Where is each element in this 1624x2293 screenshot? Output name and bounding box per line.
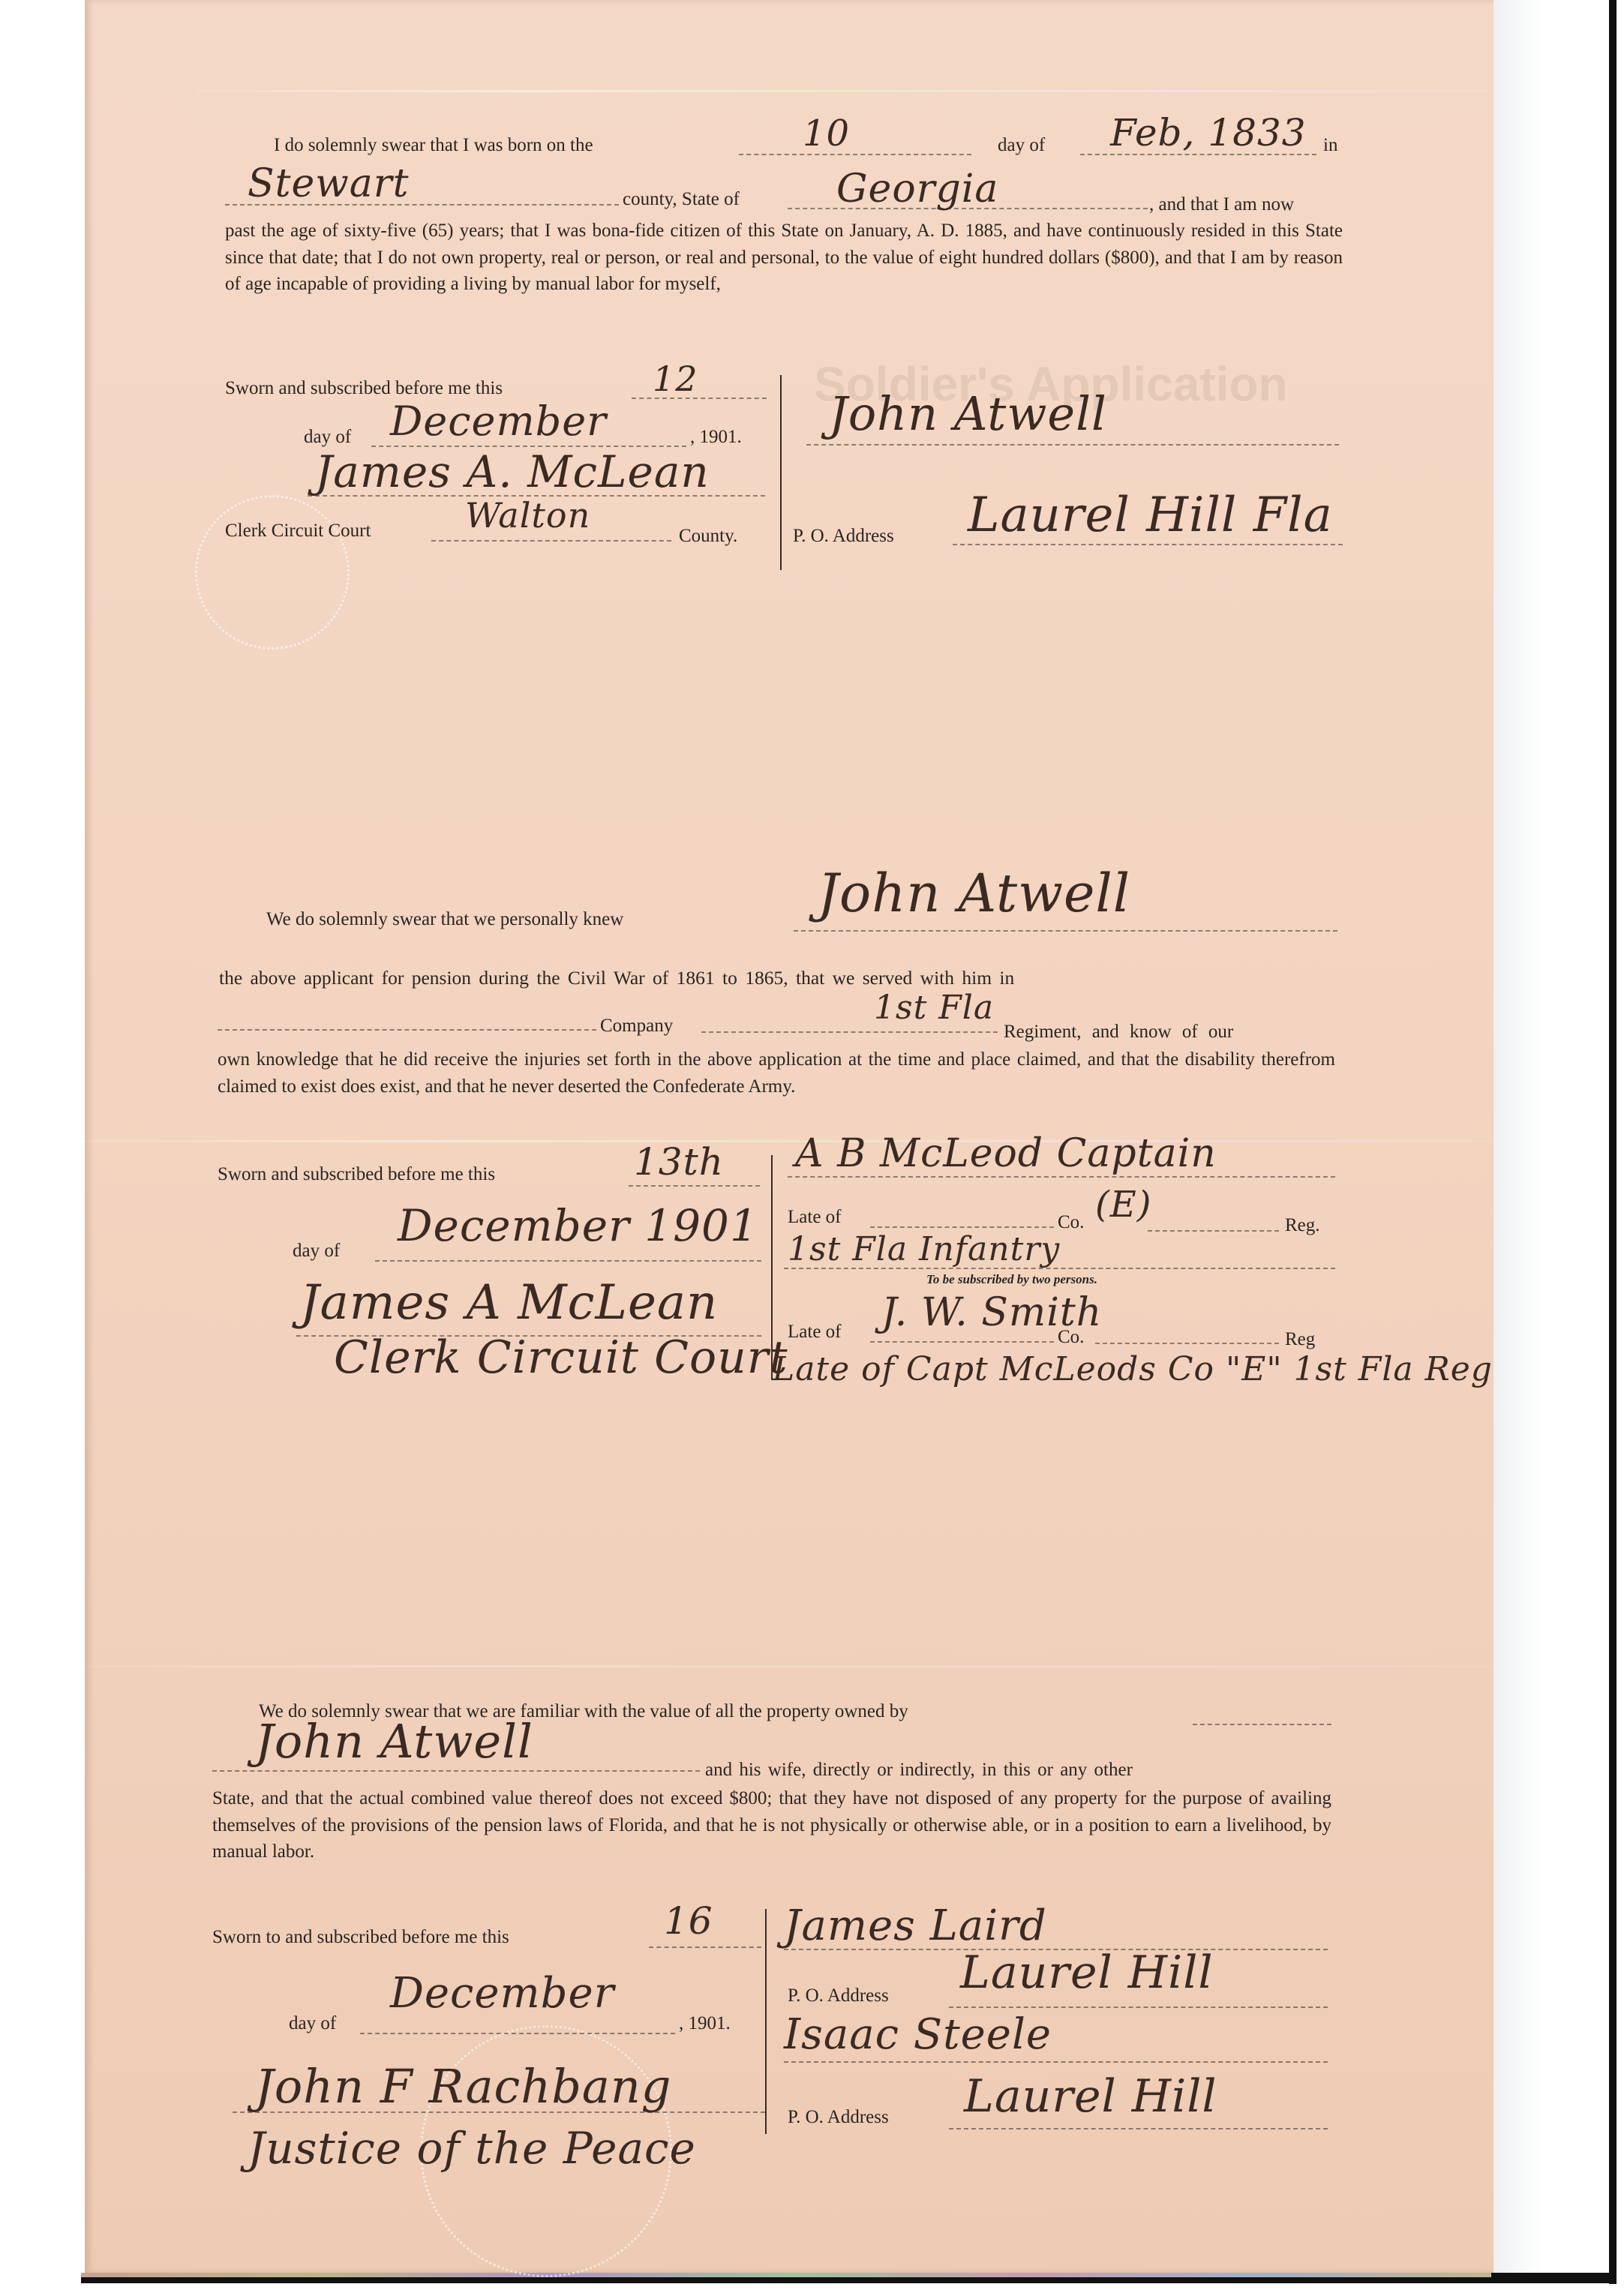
property-body-text: State, and that the actual combined valu…	[212, 1785, 1331, 1865]
reg-label-2: Reg	[1285, 1326, 1315, 1353]
justice-title: Justice of the Peace	[248, 2123, 696, 2174]
company-field-line	[218, 1029, 596, 1031]
oath-body-text: past the age of sixty-five (65) years; t…	[225, 218, 1343, 298]
po-address-field: Laurel Hill Fla	[968, 488, 1333, 543]
county-line	[431, 540, 671, 542]
witness2-late-of-field: Late of Capt McLeods Co "E" 1st Fla Reg	[773, 1350, 1493, 1388]
po-address-label: P. O. Address	[793, 523, 894, 550]
county-label: County.	[679, 523, 737, 550]
regiment-field-line	[701, 1031, 998, 1033]
co-label: Co.	[1058, 1209, 1084, 1236]
birth-state-field: Georgia	[836, 167, 998, 212]
birth-day-field-line	[739, 154, 971, 155]
sworn-label: Sworn to and subscribed before me this	[212, 1924, 509, 1951]
sworn-day-line	[649, 1946, 761, 1948]
birth-county-field: Stewart	[248, 161, 410, 206]
day-of-label: day of	[293, 1238, 340, 1265]
co-label-2: Co.	[1058, 1324, 1084, 1351]
witness2-po-field: Laurel Hill	[964, 2070, 1217, 2123]
birth-day-field: 10	[803, 113, 850, 155]
comrades-line1-prefix: We do solemnly swear that we personally …	[266, 906, 623, 933]
owner-line-a	[1193, 1724, 1331, 1725]
sworn-month-year-field: December 1901	[398, 1200, 758, 1251]
year-label: , 1901.	[679, 2010, 731, 2037]
co-line	[1148, 1230, 1279, 1232]
applicant-signature-line	[806, 444, 1339, 446]
applicant-name-field: John Atwell	[818, 863, 1130, 924]
witness2-signature-line	[784, 2061, 1328, 2063]
witness1-regiment-field: 1st Fla Infantry	[788, 1230, 1060, 1268]
witness1-company-field: (E)	[1095, 1184, 1152, 1226]
birth-month-year-field: Feb, 1833	[1110, 111, 1307, 155]
clerk-signature: James A McLean	[300, 1275, 718, 1331]
sworn-month-field: December	[390, 398, 607, 445]
oath-line1-mid: day of	[998, 132, 1045, 159]
owner-name-field: John Atwell	[255, 1714, 533, 1769]
witness1-signature: A B McLeod Captain	[795, 1131, 1217, 1176]
po-address-label-2: P. O. Address	[788, 2104, 889, 2131]
sworn-day-line	[632, 398, 767, 399]
day-of-label: day of	[289, 2010, 336, 2037]
witness1-signature-line	[788, 1176, 1335, 1178]
bracket	[765, 1909, 777, 2134]
comrades-body-text: own knowledge that he did receive the in…	[218, 1046, 1335, 1100]
two-persons-note: To be subscribed by two persons.	[926, 1272, 1097, 1287]
clerk-signature: James A. McLean	[315, 446, 710, 497]
witness1-po-line	[949, 2006, 1328, 2008]
owner-name-line	[212, 1770, 700, 1772]
county-name-field: Walton	[465, 495, 590, 536]
sworn-day-field: 16	[664, 1899, 713, 1943]
clerk-label: Clerk Circuit Court	[225, 518, 371, 545]
witness1-po-field: Laurel Hill	[960, 1946, 1214, 1999]
fold-crease	[85, 1140, 1493, 1142]
oath-line1-suffix: in	[1323, 132, 1337, 159]
po-address-line	[953, 544, 1343, 545]
plastic-sleeve	[1493, 0, 1541, 2273]
regiment-field: 1st Fla	[874, 989, 994, 1027]
sworn-month-field: December	[390, 1969, 614, 2018]
po-address-label: P. O. Address	[788, 1982, 889, 2009]
oath-line1-prefix: I do solemnly swear that I was born on t…	[274, 132, 593, 159]
applicant-signature: John Atwell	[829, 386, 1107, 441]
late-of-line-2	[870, 1341, 1054, 1343]
sworn-month-line	[360, 2033, 675, 2034]
applicant-name-line	[794, 930, 1337, 932]
late-of-line	[870, 1226, 1054, 1228]
witness2-po-line	[949, 2128, 1328, 2129]
sworn-day-field: 12	[653, 359, 698, 399]
property-line2-suffix: and his wife, directly or indirectly, in…	[705, 1757, 1133, 1784]
co-line-2	[1095, 1343, 1279, 1344]
justice-signature: John F Rachbang	[255, 2059, 671, 2114]
witness1-signature: James Laird	[784, 1901, 1047, 1950]
reg-label: Reg.	[1285, 1212, 1320, 1239]
sworn-day-field: 13th	[634, 1140, 724, 1184]
bracket	[780, 375, 792, 570]
late-of-label-2: Late of	[788, 1319, 841, 1346]
frame-border	[1609, 0, 1616, 2284]
sworn-month-line	[375, 1260, 761, 1262]
late-of-label: Late of	[788, 1204, 841, 1231]
regiment-suffix: Regiment, and know of our	[1004, 1019, 1233, 1046]
fold-crease	[197, 90, 1487, 92]
bracket	[771, 1155, 783, 1380]
clerk-title: Clerk Circuit Court	[334, 1331, 788, 1384]
witness2-signature: Isaac Steele	[784, 2010, 1052, 2059]
comrades-line2: the above applicant for pension during t…	[219, 965, 1014, 992]
fold-crease	[85, 1665, 1493, 1667]
oath-line2-mid: county, State of	[623, 186, 740, 213]
sworn-day-line	[629, 1185, 760, 1187]
frame-border-bottom	[81, 2273, 1616, 2283]
oath-line2-suffix: , and that I am now	[1149, 191, 1294, 218]
sworn-label: Sworn and subscribed before me this	[218, 1161, 495, 1188]
company-label: Company	[600, 1013, 673, 1040]
